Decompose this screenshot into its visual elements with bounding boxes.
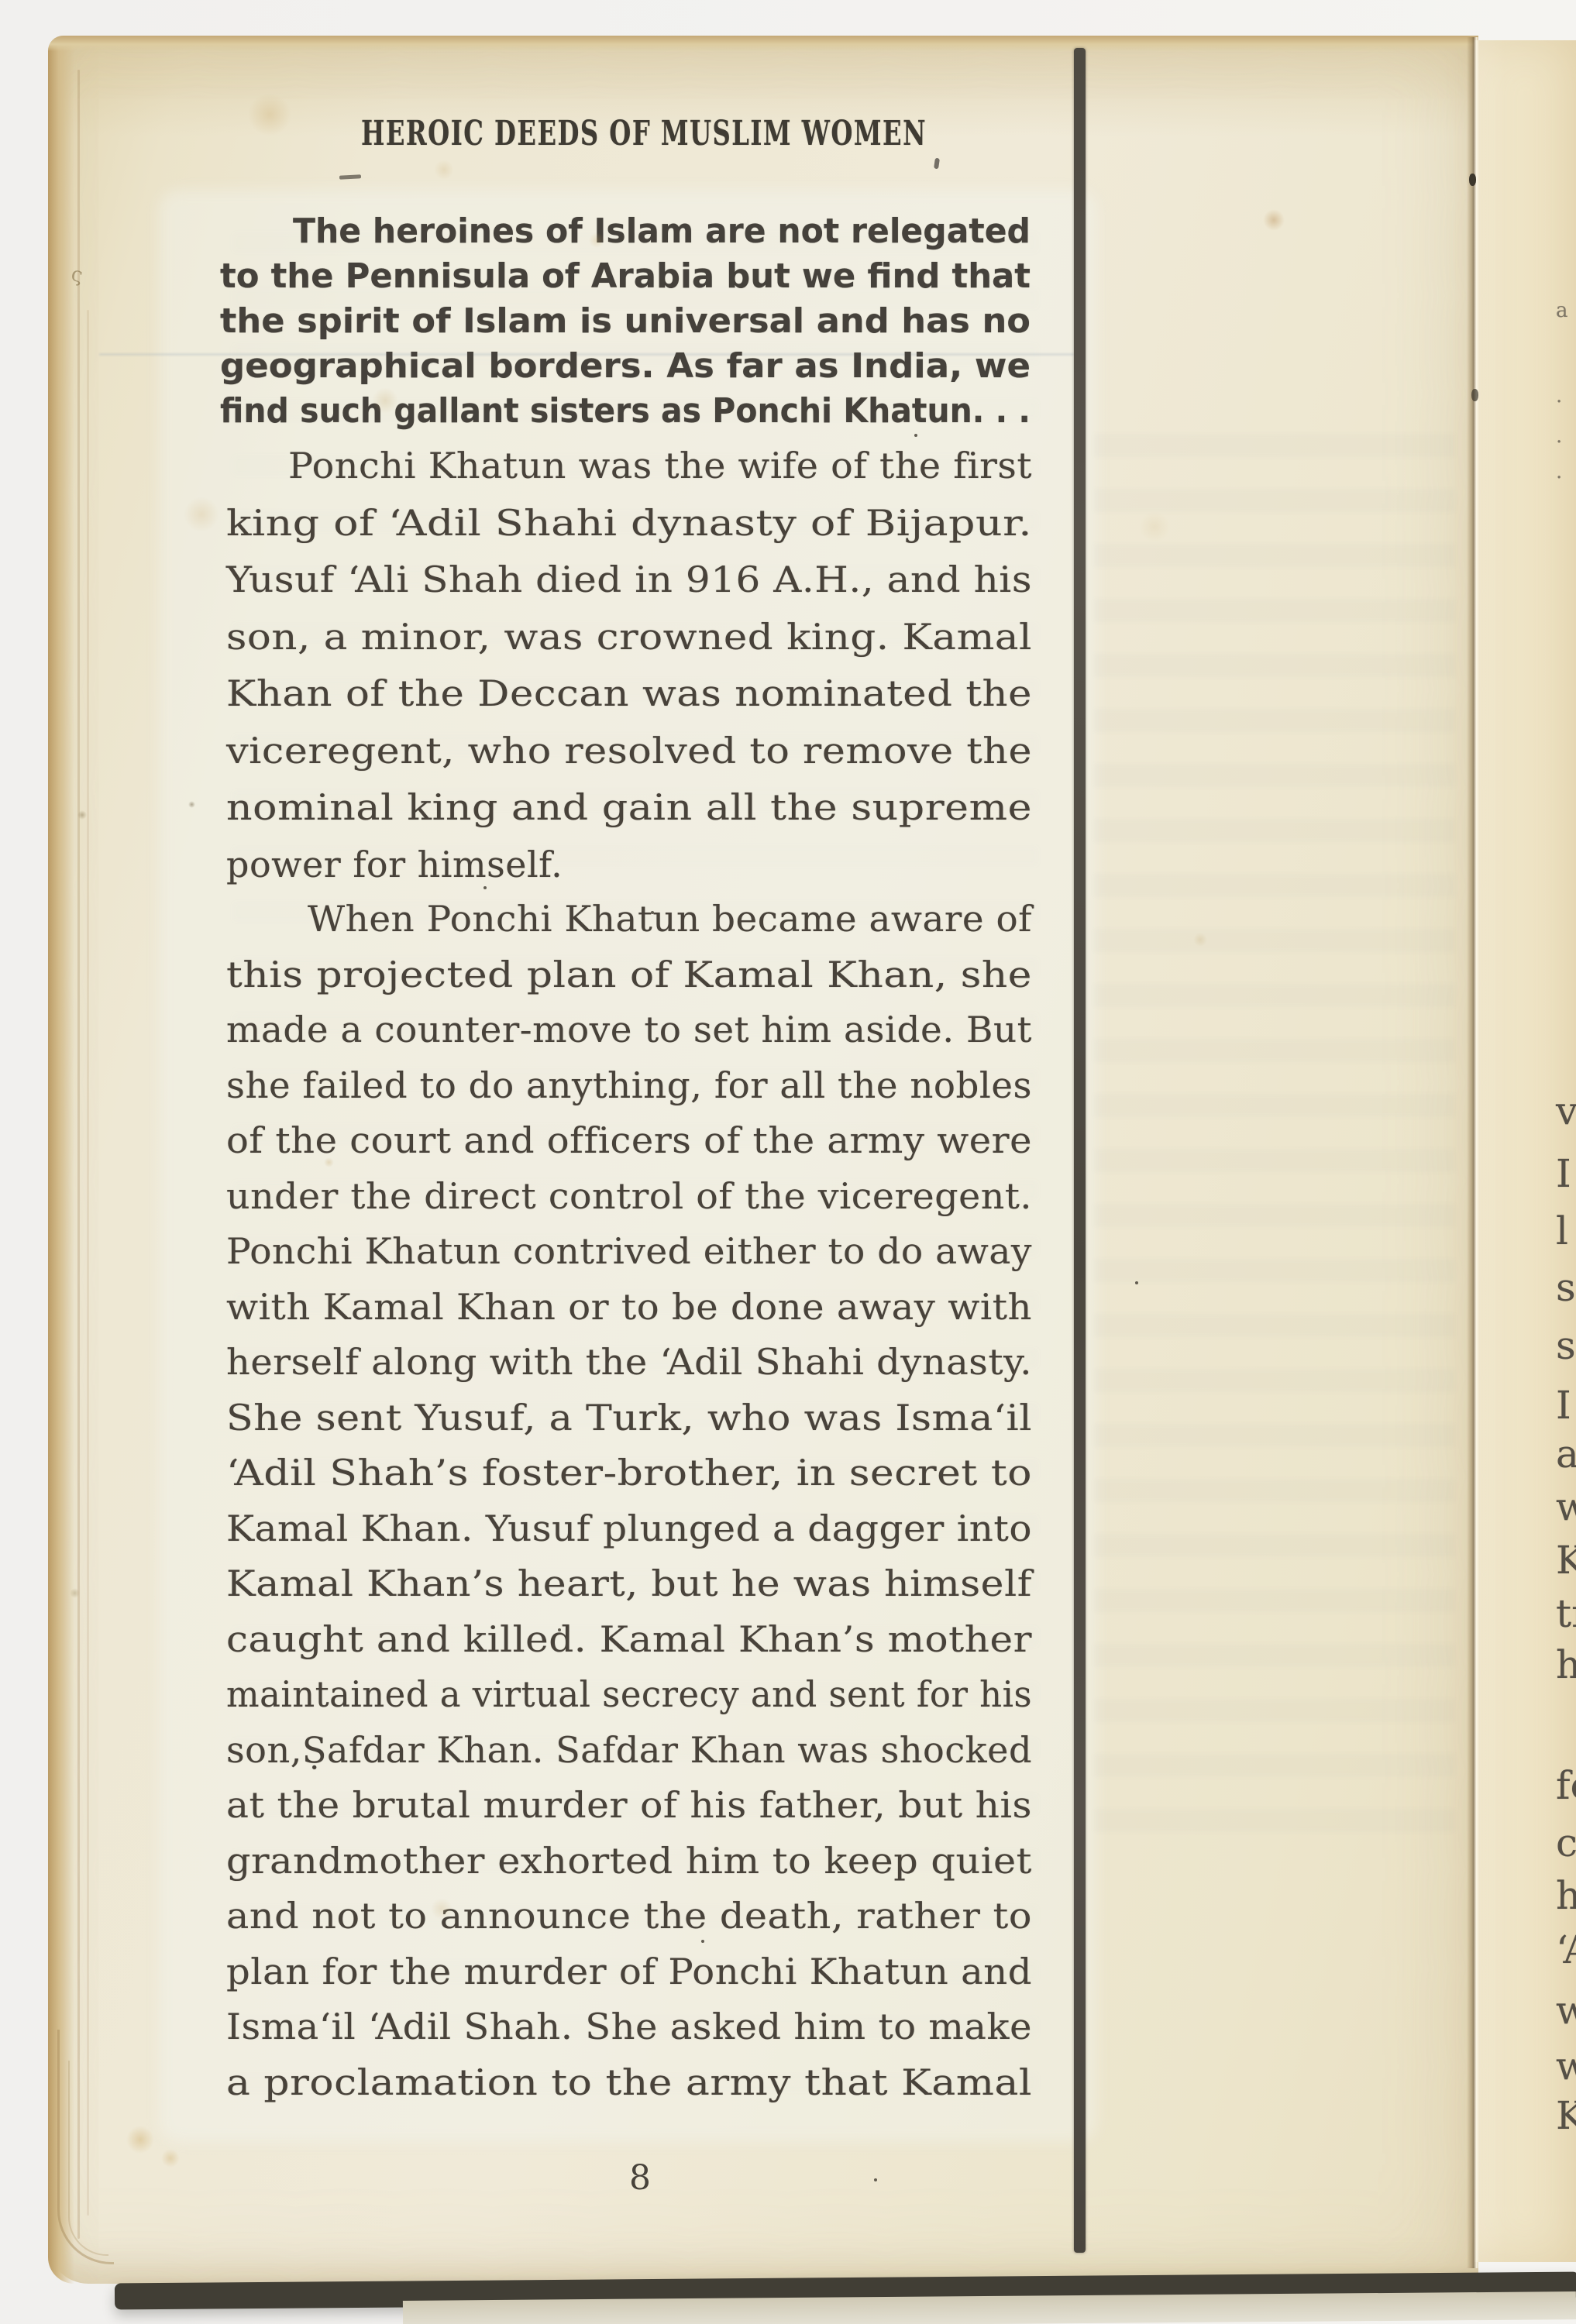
edge-text-fragment: K: [1556, 1538, 1576, 1583]
text-line: grandmother exhorted him to keep quiet: [226, 1834, 979, 1889]
edge-text-fragment: w: [1556, 2044, 1576, 2089]
edge-text-fragment: K: [1556, 2093, 1576, 2138]
text-line: ‘Adil Shah’s foster-brother, in secret t…: [226, 1446, 941, 1501]
dust-speck: [483, 886, 487, 889]
stain: [1263, 209, 1285, 231]
text-line: Ponchi Khatun contrived either to do awa…: [226, 1224, 1015, 1280]
edge-text-fragment: h: [1556, 1873, 1576, 1918]
page-edge-line: [77, 70, 80, 2239]
page-edge-line: [87, 310, 89, 2216]
page-header-text: HEROIC DEEDS OF MUSLIM WOMEN: [361, 114, 927, 153]
edge-text-fragment: w: [1556, 1484, 1576, 1529]
stain: [188, 801, 195, 808]
text-line: at the brutal murder of his father, but …: [226, 1778, 989, 1834]
text-line: son,Ṣafdar Khan. Safdar Khan was shocked: [226, 1723, 1030, 1779]
text-line: Isma‘il ‘Adil Shah. She asked him to mak…: [226, 1999, 1000, 2055]
text-line: When Ponchi Khatun became aware of: [226, 892, 1019, 947]
page-header: HEROIC DEEDS OF MUSLIM WOMEN: [361, 114, 927, 153]
text-line: plan for the murder of Ponchi Khatun and: [226, 1944, 998, 2000]
crease-notch: [1469, 174, 1476, 186]
text-line: nominal king and gain all the supreme: [226, 779, 938, 837]
text-bleedthrough: [1094, 434, 1455, 1844]
page-fold-crease: [1467, 37, 1479, 2268]
text-line: this projected plan of Kamal Khan, she: [226, 947, 942, 1003]
text-line: made a counter-move to set him aside. Bu…: [226, 1002, 1017, 1058]
text-line: Kamal Khan. Yusuf plunged a dagger into: [226, 1501, 993, 1557]
vertical-divider-rule: [1074, 48, 1086, 2253]
text-line: son, a minor, was crowned king. Kamal: [226, 609, 948, 666]
text-line: and not to announce the death, rather to: [226, 1889, 980, 1944]
edge-text-fragment: h: [1556, 1642, 1576, 1687]
crease-notch: [1471, 389, 1478, 401]
dust-speck: [914, 434, 917, 437]
scanned-book-page-photo: HEROIC DEEDS OF MUSLIM WOMEN The heroine…: [0, 0, 1576, 2324]
stain: [77, 810, 87, 820]
stain: [434, 160, 454, 180]
stain: [126, 2126, 154, 2154]
text-line: she failed to do anything, for all the n…: [226, 1058, 1020, 1114]
text-line: power for himself.: [226, 837, 563, 894]
dust-speck: [651, 911, 654, 914]
stain: [589, 232, 604, 248]
edge-text-fragment: tr: [1556, 1591, 1576, 1636]
text-line: of the court and officers of the army we…: [226, 1113, 1000, 1169]
stain: [324, 1157, 334, 1167]
edge-text-fragment: I: [1556, 1151, 1571, 1196]
text-line: geographical borders. As far as India, w…: [220, 344, 1012, 389]
text-line: find such gallant sisters as Ponchi Khat…: [220, 389, 1091, 434]
edge-text-fragment: .: [1556, 460, 1562, 483]
text-line: Yusuf ‘Ali Shah died in 916 A.H., and hi…: [226, 552, 969, 609]
stain: [248, 93, 291, 136]
text-line: caught and killed. Kamal Khan’s mother: [226, 1612, 969, 1668]
edge-text-fragment: .: [1556, 384, 1562, 407]
edge-text-fragment: I: [1556, 1383, 1571, 1428]
stain: [184, 497, 219, 532]
page-number: 8: [629, 2158, 651, 2198]
text-line: to the Pennisula of Arabia but we find t…: [220, 254, 1043, 299]
stain: [1139, 511, 1170, 542]
edge-text-fragment: .: [1556, 425, 1562, 448]
text-line: Khan of the Deccan was nominated the: [226, 665, 949, 723]
text-line: the spirit of Islam is universal and has…: [220, 299, 1017, 344]
text-line: viceregent, who resolved to remove the: [226, 723, 958, 780]
text-line: The heroines of Islam are not relegated: [220, 209, 1056, 254]
edge-text-fragment: ‘A: [1556, 1927, 1576, 1972]
stain: [1193, 933, 1207, 947]
text-line: king of ‘Adil Shahi dynasty of Bijapur.: [226, 495, 918, 552]
dust-speck: [701, 1940, 704, 1943]
stain: [161, 2149, 180, 2168]
text-line: Ponchi Khatun was the wife of the first: [226, 438, 1007, 495]
dust-speck: [1135, 1281, 1138, 1284]
edge-text-fragment: s: [1556, 1323, 1576, 1368]
edge-text-fragment: a: [1556, 299, 1568, 322]
dust-speck: [558, 1628, 561, 1631]
edge-text-fragment: co: [1556, 1820, 1576, 1865]
edge-text-fragment: a: [1556, 1432, 1576, 1477]
text-line: maintained a virtual secrecy and sent fo…: [226, 1667, 1051, 1723]
text-line: herself along with the ‘Adil Shahi dynas…: [226, 1335, 1001, 1391]
text-line: with Kamal Khan or to be done away with: [226, 1280, 998, 1336]
edge-text-fragment: v: [1556, 1088, 1576, 1133]
stain: [372, 387, 398, 414]
edge-text-fragment: fo: [1556, 1763, 1576, 1808]
edge-text-fragment: s: [1556, 1265, 1576, 1310]
stain: [70, 1588, 80, 1598]
text-line: Kamal Khan’s heart, but he was himself: [226, 1556, 961, 1612]
edge-text-fragment: l: [1556, 1208, 1568, 1253]
stain: [431, 1898, 452, 1920]
page-stack-curve: [68, 2061, 108, 2256]
text-line: She sent Yusuf, a Turk, who was Isma‘il: [226, 1391, 958, 1446]
text-line: a proclamation to the army that Kamal: [226, 2055, 942, 2111]
text-line: under the direct control of the vicerege…: [226, 1169, 1007, 1225]
edge-text-fragment: w: [1556, 1988, 1576, 2033]
dust-speck: [874, 2178, 877, 2181]
